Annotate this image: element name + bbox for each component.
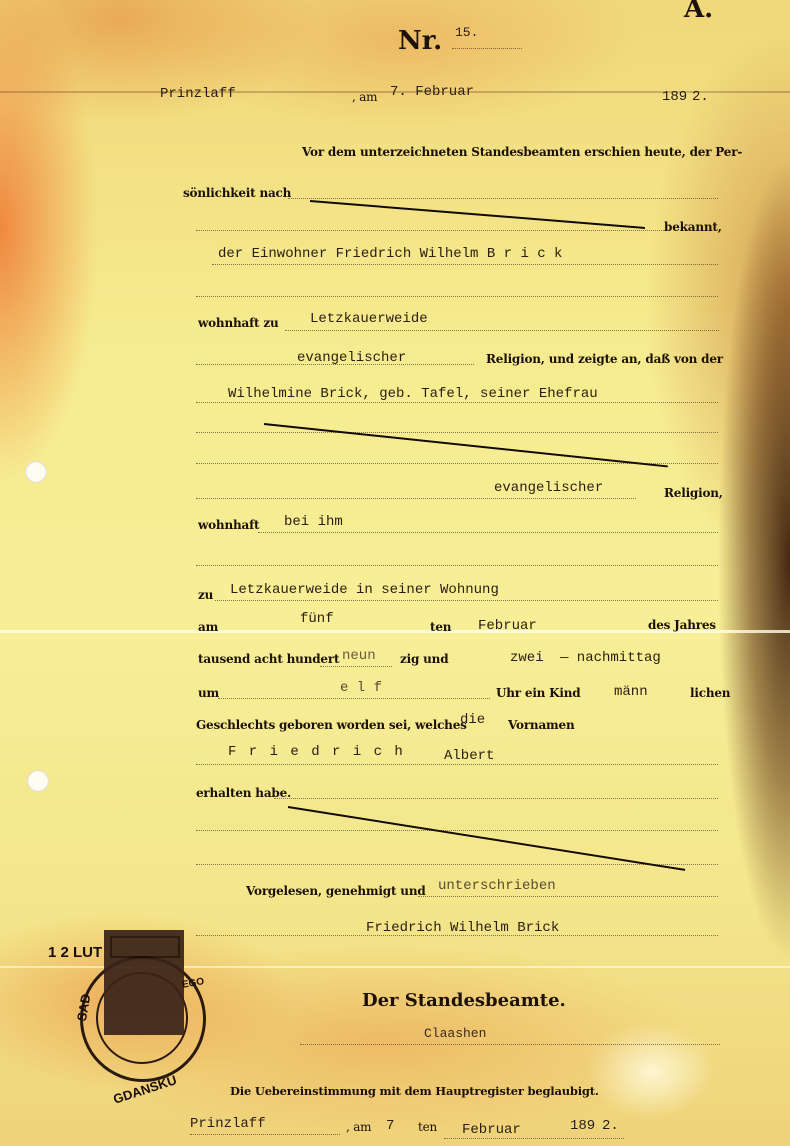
residence: Letzkauerweide — [310, 311, 428, 327]
official-name: Claashen — [424, 1026, 486, 1041]
dotted-line — [196, 565, 718, 566]
signed: unterschrieben — [438, 878, 556, 894]
mother-religion-label: Religion, — [664, 486, 723, 500]
birth-day: fünf — [300, 611, 334, 627]
dotted-line — [196, 463, 718, 464]
birthplace: Letzkauerweide in seiner Wohnung — [230, 582, 499, 598]
footer-ten: ten — [418, 1120, 437, 1134]
dotted-line — [196, 498, 636, 499]
dotted-line — [452, 48, 522, 49]
dotted-line — [196, 364, 474, 365]
stamp-date: 1 2 LUT — [48, 944, 102, 961]
mother-religion: evangelischer — [494, 480, 603, 496]
dotted-line — [218, 698, 490, 699]
footer-year-suffix: 2. — [602, 1118, 619, 1134]
dotted-line — [196, 230, 666, 231]
dotted-line — [196, 764, 718, 765]
dotted-line — [196, 935, 718, 936]
footer-am: , am — [346, 1120, 371, 1134]
dotted-line — [196, 432, 718, 433]
footer-month: Februar — [462, 1122, 521, 1138]
dotted-line — [274, 798, 718, 799]
sex: männ — [614, 684, 648, 700]
given-names-1: F r i e d r i c h — [228, 744, 405, 760]
dotted-line — [196, 830, 718, 831]
unit: zwei — [510, 650, 544, 666]
gender-label: Geschlechts geboren worden sei, welches — [196, 718, 467, 732]
vornamen-label: Vornamen — [508, 718, 575, 732]
uhr-label: Uhr ein Kind — [496, 686, 581, 700]
am-label: am — [198, 620, 218, 634]
header-year-prefix: 189 — [662, 89, 687, 105]
certification: Die Uebereinstimmung mit dem Hauptregist… — [230, 1084, 599, 1098]
residence-label: wohnhaft zu — [198, 316, 279, 330]
dotted-line — [196, 296, 718, 297]
dotted-line — [320, 666, 392, 667]
dotted-line — [288, 198, 718, 199]
read-label: Vorgelesen, genehmigt und — [246, 884, 426, 898]
zig-label: zig und — [400, 652, 448, 666]
punch-hole — [25, 461, 47, 483]
die-label: die — [460, 712, 485, 728]
dotted-line — [258, 532, 718, 533]
given-names-2: Albert — [444, 748, 494, 764]
header-year-suffix: 2. — [692, 89, 709, 105]
intro-line-1: Vor dem unterzeichneten Standesbeamten e… — [302, 145, 742, 159]
mother-residence-label: wohnhaft — [198, 518, 259, 532]
intro-line-3: bekannt, — [664, 220, 722, 234]
birthplace-label: zu — [198, 588, 213, 602]
thousand-label: tausend acht hundert — [198, 652, 339, 666]
header-date: 7. Februar — [390, 84, 474, 100]
dotted-line — [196, 402, 718, 403]
signature: Friedrich Wilhelm Brick — [366, 920, 559, 936]
dotted-line — [418, 896, 718, 897]
number-value: 15. — [455, 25, 478, 40]
dotted-line — [212, 264, 718, 265]
decade: neun — [342, 648, 376, 664]
dotted-line — [190, 1134, 340, 1135]
birth-month: Februar — [478, 618, 537, 634]
footer-year-prefix: 189 — [570, 1118, 595, 1134]
mother: Wilhelmine Brick, geb. Tafel, seiner Ehe… — [228, 386, 598, 402]
header-place: Prinzlaff — [160, 86, 236, 102]
intro-line-2: sönlichkeit nach — [183, 186, 291, 200]
year-label: des Jahres — [648, 618, 716, 632]
um-label: um — [198, 686, 219, 700]
dotted-line — [300, 1044, 720, 1045]
official-title: Der Standesbeamte. — [362, 990, 566, 1011]
sex-suffix: lichen — [690, 686, 730, 700]
mother-residence: bei ihm — [284, 514, 343, 530]
dotted-line — [196, 864, 718, 865]
dotted-line — [444, 1138, 624, 1139]
religion-label: Religion, und zeigte an, daß von der — [486, 352, 723, 366]
header-am: , am — [352, 90, 377, 104]
footer-place: Prinzlaff — [190, 1116, 266, 1132]
footer-day: 7 — [386, 1118, 394, 1134]
informant: der Einwohner Friedrich Wilhelm B r i c … — [218, 246, 562, 262]
revenue-stamp — [104, 930, 184, 1035]
punch-hole — [27, 770, 49, 792]
dotted-line — [285, 330, 719, 331]
number-label: Nr. — [398, 26, 442, 56]
ten-label: ten — [430, 620, 451, 634]
dotted-line — [215, 600, 718, 601]
corner-letter: A. — [684, 0, 713, 24]
hour: e l f — [340, 680, 382, 696]
time-of-day: — nachmittag — [560, 650, 661, 666]
